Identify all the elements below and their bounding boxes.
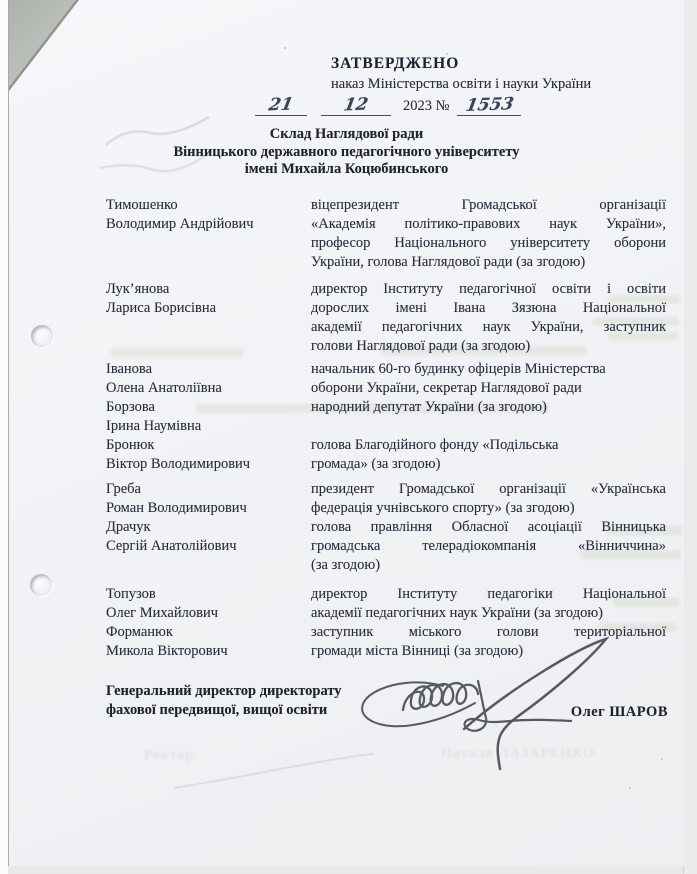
member-row: Лук’янова Лариса Борисівна директор Інст… (106, 280, 666, 356)
order-number-blank: 1553 (457, 97, 521, 116)
member-given-names: Володимир Андрійович (106, 215, 311, 234)
title-line-1: Склад Наглядової ради (64, 126, 629, 144)
member-position: директор Інституту педагогічної освіти і… (311, 280, 666, 356)
dust-speck (661, 758, 663, 760)
member-surname: Іванова (106, 360, 311, 379)
date-day-blank: 21 (255, 97, 307, 116)
position-line: начальник 60-го будинку офіцерів Міністе… (311, 360, 666, 379)
scan-right-margin (683, 0, 697, 874)
member-given-names: Олег Михайлович (106, 604, 311, 623)
document-title: Склад Наглядової ради Вінницького держав… (64, 126, 629, 179)
member-name: Тимошенко Володимир Андрійович (106, 196, 311, 272)
position-line: федерація учнівського спорту» (за згодою… (311, 499, 666, 518)
member-position: голова Благодійного фонду «Подільська гр… (311, 436, 666, 474)
position-line: голова Благодійного фонду «Подільська (311, 436, 666, 455)
member-row: Іванова Олена Анатоліївна начальник 60-г… (106, 360, 666, 398)
member-row: Бронюк Віктор Володимирович голова Благо… (106, 436, 666, 474)
member-name: Іванова Олена Анатоліївна (106, 360, 311, 398)
position-line: «Академія політико-правових наук України… (311, 215, 666, 234)
document-page: ЗАТВЕРДЖЕНО наказ Міністерства освіти і … (8, 0, 684, 866)
handwritten-order-number: 1553 (464, 97, 514, 113)
position-line: академії педагогічних наук України, заст… (311, 318, 666, 337)
member-position: народний депутат України (за згодою) (311, 398, 666, 436)
member-given-names: Роман Володимирович (106, 499, 311, 518)
scan-bottom-margin (8, 866, 683, 874)
member-position: президент Громадської організації «Украї… (311, 480, 666, 518)
date-month-blank: 12 (321, 97, 391, 116)
member-surname: Тимошенко (106, 196, 311, 215)
member-name: Борзова Ірина Наумівна (106, 398, 311, 436)
punch-hole (31, 325, 53, 347)
ghost-word-signer: Наталя ЛАЗАРЕНКО (441, 746, 595, 762)
year-and-number-label: 2023 № (403, 97, 449, 116)
dust-speck (629, 787, 631, 789)
member-name: Лук’янова Лариса Борисівна (106, 280, 311, 356)
member-surname: Бронюк (106, 436, 311, 455)
member-name: Топузов Олег Михайлович (106, 585, 311, 623)
member-name: Форманюк Микола Вікторович (106, 623, 311, 661)
member-row: Тимошенко Володимир Андрійович віцепрези… (106, 196, 666, 272)
position-line: голови Наглядової ради (за згодою) (311, 337, 666, 356)
member-surname: Лук’янова (106, 280, 311, 299)
member-position: директор Інституту педагогіки Національн… (311, 585, 666, 623)
page-corner-fold (9, 0, 76, 87)
pencil-ghost-stroke (169, 750, 379, 795)
approval-stamp: ЗАТВЕРДЖЕНО (331, 54, 676, 73)
approval-block: ЗАТВЕРДЖЕНО наказ Міністерства освіти і … (331, 54, 676, 116)
handwritten-day: 21 (268, 98, 294, 113)
scan-left-margin (0, 0, 8, 874)
scanned-document: { "page": { "approval": { "stamp": "ЗАТВ… (0, 0, 697, 874)
position-line: (за згодою) (311, 556, 666, 575)
board-members-list: Тимошенко Володимир Андрійович віцепрези… (106, 196, 666, 661)
title-line-3: імені Михайла Коцюбинського (64, 161, 629, 179)
title-line-2: Вінницького державного педагогічного уні… (64, 144, 629, 162)
punch-hole (30, 574, 52, 596)
position-line: дорослих імені Івана Зязюна Національної (311, 299, 666, 318)
member-given-names: Олена Анатоліївна (106, 379, 311, 398)
position-line: президент Громадської організації «Украї… (311, 480, 666, 499)
position-line: професор Національного університету обор… (311, 234, 666, 253)
member-position: начальник 60-го будинку офіцерів Міністе… (311, 360, 666, 398)
member-row: Топузов Олег Михайлович директор Інститу… (106, 585, 666, 623)
member-surname: Драчук (106, 518, 311, 537)
signer-post: Генеральний директор директорату фахової… (106, 682, 342, 721)
dust-speck (284, 47, 286, 49)
member-given-names: Ірина Наумівна (106, 417, 311, 436)
member-surname: Борзова (106, 398, 311, 417)
handwritten-month: 12 (343, 98, 369, 113)
member-surname: Форманюк (106, 623, 311, 642)
position-line: директор Інституту педагогіки Національн… (311, 585, 666, 604)
position-line: академії педагогічних наук України (за з… (311, 604, 666, 623)
member-given-names: Віктор Володимирович (106, 455, 311, 474)
position-line: оборони України, секретар Наглядової рад… (311, 379, 666, 398)
position-line: громада» (за згодою) (311, 455, 666, 474)
member-surname: Топузов (106, 585, 311, 604)
member-name: Бронюк Віктор Володимирович (106, 436, 311, 474)
position-line: України, голова Наглядової ради (за згод… (311, 253, 666, 272)
position-line: громадська телерадіокомпанія «Вінниччина… (311, 537, 666, 556)
member-row: Борзова Ірина Наумівна народний депутат … (106, 398, 666, 436)
position-line: директор Інституту педагогічної освіти і… (311, 280, 666, 299)
position-line: голова правління Обласної асоціації Вінн… (311, 518, 666, 537)
member-position: голова правління Обласної асоціації Вінн… (311, 518, 666, 575)
member-given-names: Сергій Анатолійович (106, 537, 311, 556)
approval-date-row: 21 12 2023 № 1553 (255, 97, 676, 116)
member-given-names: Лариса Борисівна (106, 299, 311, 318)
member-name: Греба Роман Володимирович (106, 480, 311, 518)
approval-order-text: наказ Міністерства освіти і науки Україн… (331, 75, 676, 94)
member-given-names: Микола Вікторович (106, 642, 311, 661)
position-line: народний депутат України (за згодою) (311, 398, 666, 417)
member-row: Драчук Сергій Анатолійович голова правлі… (106, 518, 666, 575)
member-position: віцепрезидент Громадської організації «А… (311, 196, 666, 272)
position-line: віцепрезидент Громадської організації (311, 196, 666, 215)
member-row: Греба Роман Володимирович президент Гром… (106, 480, 666, 518)
signer-post-line-2: фахової передвищої, вищої освіти (106, 701, 342, 720)
member-surname: Греба (106, 480, 311, 499)
signer-post-line-1: Генеральний директор директорату (106, 682, 342, 701)
member-name: Драчук Сергій Анатолійович (106, 518, 311, 575)
